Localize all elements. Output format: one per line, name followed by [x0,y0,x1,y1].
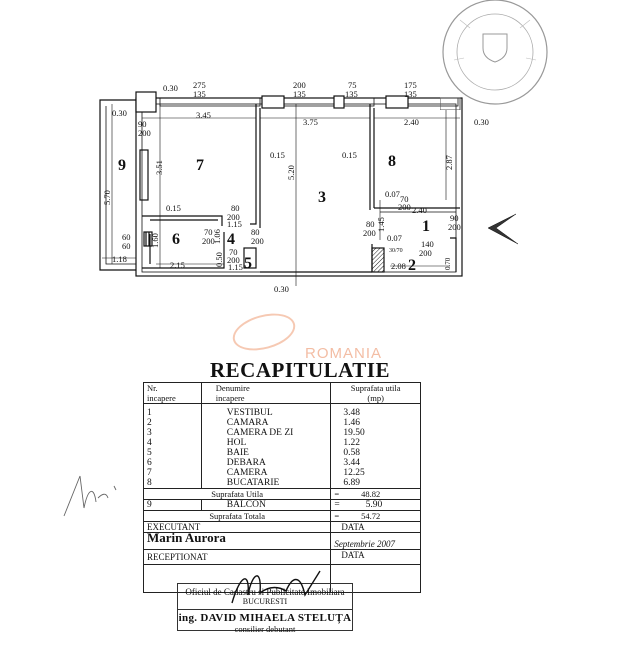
watermark-logo [229,307,300,356]
svg-text:0.15: 0.15 [166,203,181,213]
signatory-name: ing. DAVID MIHAELA STELUȚA [178,609,352,624]
svg-text:200: 200 [419,248,432,258]
table-row: 1VESTIBUL3.48 [144,404,421,419]
svg-text:30/70: 30/70 [389,248,403,254]
svg-text:3.45: 3.45 [196,110,211,120]
svg-text:0.07: 0.07 [387,233,402,243]
svg-text:3.51: 3.51 [154,160,164,175]
svg-text:60: 60 [122,241,131,251]
room-number-7: 7 [196,157,204,174]
executant-name: Marin Aurora [144,533,331,550]
svg-text:0.15: 0.15 [342,150,357,160]
svg-text:0.15: 0.15 [270,150,285,160]
svg-text:1.06: 1.06 [212,229,222,244]
svg-text:200: 200 [398,202,411,212]
svg-text:135: 135 [293,89,306,99]
svg-text:5.20: 5.20 [286,165,296,180]
table-row: 6DEBARA3.44 [144,458,421,468]
svg-text:5.70: 5.70 [102,190,112,205]
svg-text:1.18: 1.18 [112,254,127,264]
table-row: 3CAMERA DE ZI19.50 [144,428,421,438]
useful-area-row: Suprafata Utila =48.82 [144,489,421,500]
svg-text:0.30: 0.30 [163,83,178,93]
table-row: 4HOL1.22 [144,438,421,448]
room-number-9: 9 [118,157,126,174]
room-number-1: 1 [422,218,430,235]
svg-text:2.87: 2.87 [444,155,454,170]
recap-header-row: Nr.incapere Denumireincapere Suprafata u… [144,383,421,404]
table-row: 2CAMARA1.46 [144,418,421,428]
room-number-3: 3 [318,189,326,206]
balcony-row: 9 BALCON =5.90 [144,500,421,511]
recap-table: Nr.incapere Denumireincapere Suprafata u… [143,382,421,593]
room-number-5: 5 [244,255,252,272]
svg-text:1.15: 1.15 [227,219,242,229]
svg-text:200: 200 [138,128,151,138]
room-number-2: 2 [408,257,416,274]
svg-text:135: 135 [345,89,358,99]
svg-text:2.40: 2.40 [412,205,427,215]
official-seal-stamp [440,0,590,110]
header-area: Suprafata utila(mp) [331,383,421,404]
svg-text:200: 200 [251,236,264,246]
room-number-8: 8 [388,153,396,170]
svg-text:0.70: 0.70 [444,257,452,270]
svg-text:2.40: 2.40 [404,117,419,127]
signature-mark [220,565,330,610]
svg-text:3.75: 3.75 [303,117,318,127]
svg-text:135: 135 [193,89,206,99]
table-row: 5BAIE0.58 [144,448,421,458]
svg-text:1.60: 1.60 [150,233,160,248]
executant-date: Septembrie 2007 [331,533,421,550]
receptionat-label-row: RECEPTIONAT DATA [144,550,421,565]
svg-text:2.15: 2.15 [170,260,185,270]
svg-text:1.45: 1.45 [376,217,386,232]
room-number-4: 4 [227,231,235,248]
room-number-6: 6 [172,231,180,248]
entrance-arrow-icon [488,214,518,244]
executant-row: Marin Aurora Septembrie 2007 [144,533,421,550]
svg-text:0.30: 0.30 [274,284,289,294]
svg-text:0.50: 0.50 [214,252,224,267]
signatory-role: consilier debutant [178,624,352,634]
table-row: 7CAMERA12.25 [144,468,421,478]
svg-text:200: 200 [363,228,376,238]
svg-text:0.30: 0.30 [112,108,127,118]
svg-text:135: 135 [404,89,417,99]
svg-text:0.07: 0.07 [385,189,400,199]
table-row: 8BUCATARIE6.89 [144,478,421,489]
svg-text:200: 200 [448,222,461,232]
header-name: Denumireincapere [201,383,331,404]
recap-title: RECAPITULATIE [210,358,390,383]
svg-text:0.30: 0.30 [474,117,489,127]
margin-signature [62,468,122,518]
svg-text:2.08: 2.08 [391,261,406,271]
total-area-row: Suprafata Totala =54.72 [144,511,421,522]
svg-text:1.15: 1.15 [228,262,243,272]
header-nr: Nr.incapere [144,383,202,404]
